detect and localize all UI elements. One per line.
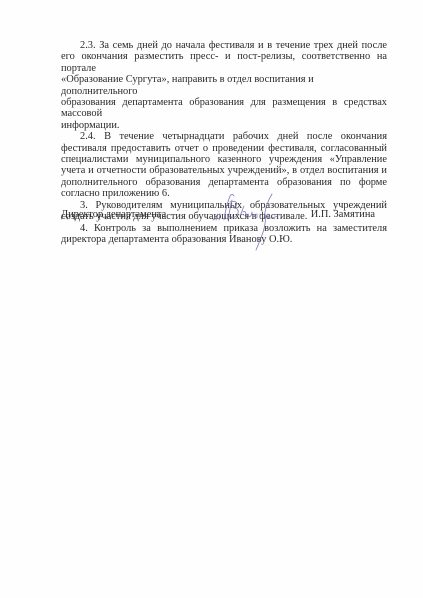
paragraph-2-3: 2.3. За семь дней до начала фестиваля и … [61, 40, 387, 131]
document-page: 2.3. За семь дней до начала фестиваля и … [0, 0, 423, 598]
signatory-name: И.П. Замятина [311, 209, 375, 221]
paragraph-2-3-line-4: образования департамента образования для… [61, 97, 387, 120]
paragraph-2-3-line-5: информации. [61, 120, 387, 131]
handwritten-signature-icon [210, 190, 290, 260]
signatory-title: Директор департамента [61, 209, 166, 221]
paragraph-2-3-line-2: окончания разместить пресс- и пост-релиз… [61, 51, 387, 73]
paragraph-2-3-line-3: «Образование Сургута», направить в отдел… [61, 74, 387, 97]
